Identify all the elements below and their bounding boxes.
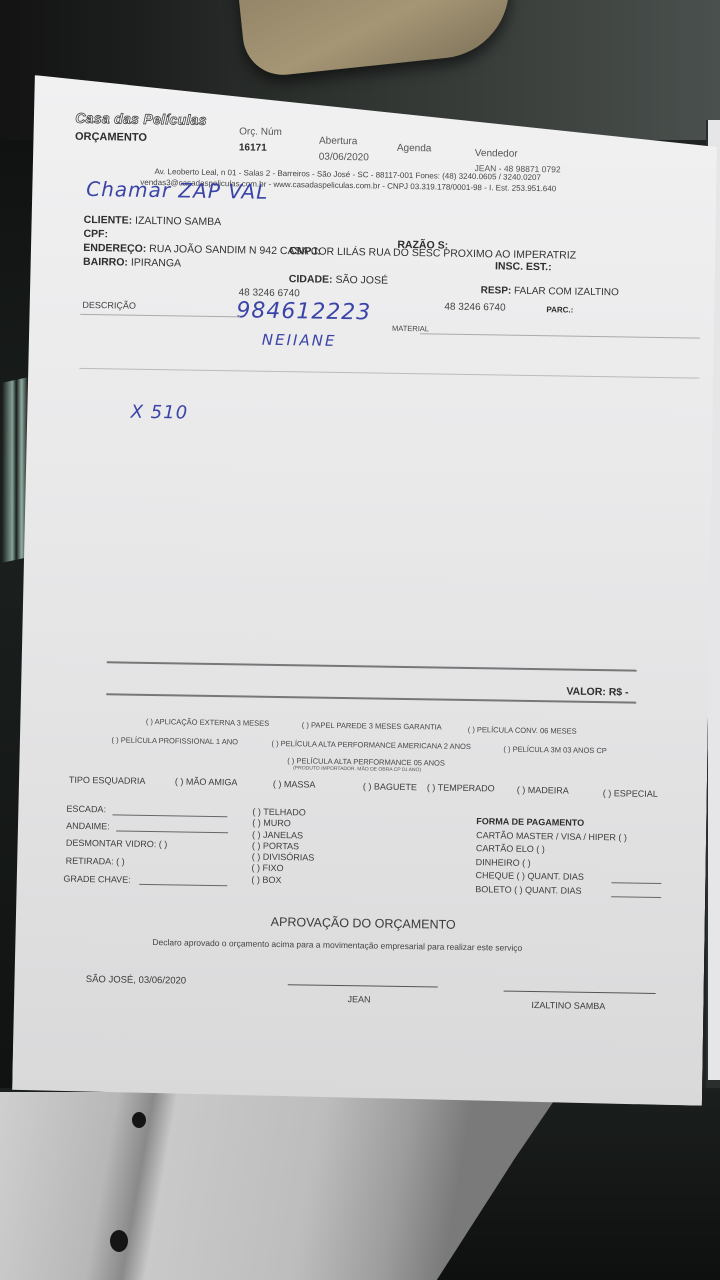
cliente-value: IZALTINO SAMBA: [135, 215, 221, 228]
esquadria-option[interactable]: ( ) TEMPERADO: [427, 782, 495, 793]
escada-label: ESCADA:: [66, 804, 106, 815]
client-signature-line[interactable]: [504, 991, 656, 994]
location-option[interactable]: ( ) DIVISÓRIAS: [252, 852, 315, 864]
descricao-label: DESCRIÇÃO: [82, 300, 136, 311]
warranty-option[interactable]: ( ) PAPEL PAREDE 3 MESES GARANTIA: [302, 720, 442, 731]
andaime-field[interactable]: [116, 830, 228, 833]
cliente-label: CLIENTE:: [84, 214, 133, 227]
valor-line-bottom: [106, 693, 636, 703]
resp-field: RESP: FALAR COM IZALTINO: [481, 285, 619, 298]
divider: [420, 333, 700, 338]
location-option[interactable]: ( ) FIXO: [251, 863, 314, 875]
divider: [80, 314, 240, 318]
valor-line-top: [107, 661, 637, 671]
endereco-label: ENDEREÇO:: [83, 242, 146, 255]
cliente-field: CLIENTE: IZALTINO SAMBA: [84, 214, 222, 228]
andaime-label: ANDAIME:: [66, 821, 110, 832]
light-glare: [2, 377, 28, 563]
payment-option-boleto[interactable]: BOLETO ( ) QUANT. DIAS: [475, 883, 626, 899]
budget-document: Casa das Películas ORÇAMENTO Orç. Núm 16…: [12, 75, 718, 1106]
shirt-button: [132, 1112, 146, 1128]
resp-value: FALAR COM IZALTINO: [514, 286, 619, 299]
esquadria-option[interactable]: ( ) MADEIRA: [517, 785, 569, 796]
parc-label: PARC.:: [546, 305, 573, 314]
location-option[interactable]: ( ) TELHADO: [252, 807, 315, 819]
retirada[interactable]: RETIRADA: ( ): [66, 856, 125, 867]
vendedor-label: Vendedor: [475, 148, 518, 160]
seller-signature-line[interactable]: [288, 984, 438, 987]
cidade-label: CIDADE:: [289, 273, 333, 286]
location-option[interactable]: ( ) MURO: [252, 818, 315, 830]
abertura-date: 03/06/2020: [319, 152, 369, 164]
handwritten-note: Chamar ZAP VAL: [86, 177, 269, 204]
abertura-label: Abertura: [319, 136, 358, 148]
phone-2: 48 3246 6740: [444, 302, 505, 314]
doc-type: ORÇAMENTO: [75, 131, 147, 144]
warranty-option[interactable]: ( ) PELÍCULA 3M 03 ANOS CP: [503, 745, 607, 756]
grade-chave-label: GRADE CHAVE:: [63, 874, 131, 885]
seller-name: JEAN: [347, 994, 370, 1004]
location-option[interactable]: ( ) BOX: [251, 874, 314, 886]
location-option[interactable]: ( ) PORTAS: [252, 841, 315, 853]
cpf-label: CPF:: [83, 228, 108, 240]
bairro-label: BAIRRO:: [83, 256, 128, 269]
valor-label: VALOR: R$ -: [566, 686, 628, 699]
payment-section: FORMA DE PAGAMENTO CARTÃO MASTER / VISA …: [475, 815, 627, 898]
approval-title: APROVAÇÃO DO ORÇAMENTO: [271, 915, 456, 932]
resp-label: RESP:: [481, 285, 512, 296]
bairro-field: BAIRRO: IPIRANGA: [83, 256, 181, 270]
insc-est-label: INSC. EST.:: [495, 260, 552, 273]
cidade-field: CIDADE: SÃO JOSÉ: [289, 273, 388, 287]
escada-field[interactable]: [112, 814, 227, 817]
place-date: SÃO JOSÉ, 03/06/2020: [86, 974, 187, 987]
warranty-option[interactable]: ( ) APLICAÇÃO EXTERNA 3 MESES: [146, 717, 270, 728]
agenda-label: Agenda: [397, 143, 432, 155]
desmontar-vidro[interactable]: DESMONTAR VIDRO: ( ): [66, 838, 167, 850]
cidade-value: SÃO JOSÉ: [335, 274, 388, 287]
warranty-option[interactable]: ( ) PELÍCULA PROFISSIONAL 1 ANO: [111, 735, 238, 746]
esquadria-label: TIPO ESQUADRIA: [69, 775, 146, 786]
grade-chave-field[interactable]: [139, 884, 227, 886]
endereco-value: RUA JOÃO SANDIM N 942 CASA COR LILÁS RUA…: [149, 243, 576, 262]
orc-num: 16171: [239, 142, 267, 153]
esquadria-option[interactable]: ( ) BAGUETE: [363, 781, 417, 792]
handwritten-phone: 984612223: [236, 298, 371, 325]
client-name: IZALTINO SAMBA: [531, 1000, 605, 1011]
warranty-option[interactable]: ( ) PELÍCULA ALTA PERFORMANCE AMERICANA …: [271, 739, 470, 751]
location-option[interactable]: ( ) JANELAS: [252, 829, 315, 841]
esquadria-option[interactable]: ( ) MÃO AMIGA: [175, 776, 238, 787]
approval-statement: Declaro aprovado o orçamento acima para …: [152, 937, 522, 953]
brand-logo: Casa das Películas: [75, 110, 207, 128]
esquadria-option[interactable]: ( ) ESPECIAL: [603, 788, 658, 799]
handwritten-name: NEIIANE: [262, 331, 337, 350]
divider: [79, 368, 699, 379]
esquadria-option[interactable]: ( ) MASSA: [273, 779, 316, 790]
handwritten-quantity: X 510: [131, 402, 189, 424]
warranty-option[interactable]: ( ) PELÍCULA CONV. 06 MESES: [468, 725, 577, 736]
shirt-button: [110, 1230, 128, 1252]
bairro-value: IPIRANGA: [131, 257, 181, 270]
material-label: MATERIAL: [392, 324, 429, 334]
orc-num-label: Orç. Núm: [239, 126, 282, 138]
warranty-note: (PRODUTO IMPORTADOR. MÃO DE OBRA CP 01 A…: [293, 765, 421, 773]
location-list: ( ) TELHADO ( ) MURO ( ) JANELAS ( ) POR…: [251, 807, 315, 887]
